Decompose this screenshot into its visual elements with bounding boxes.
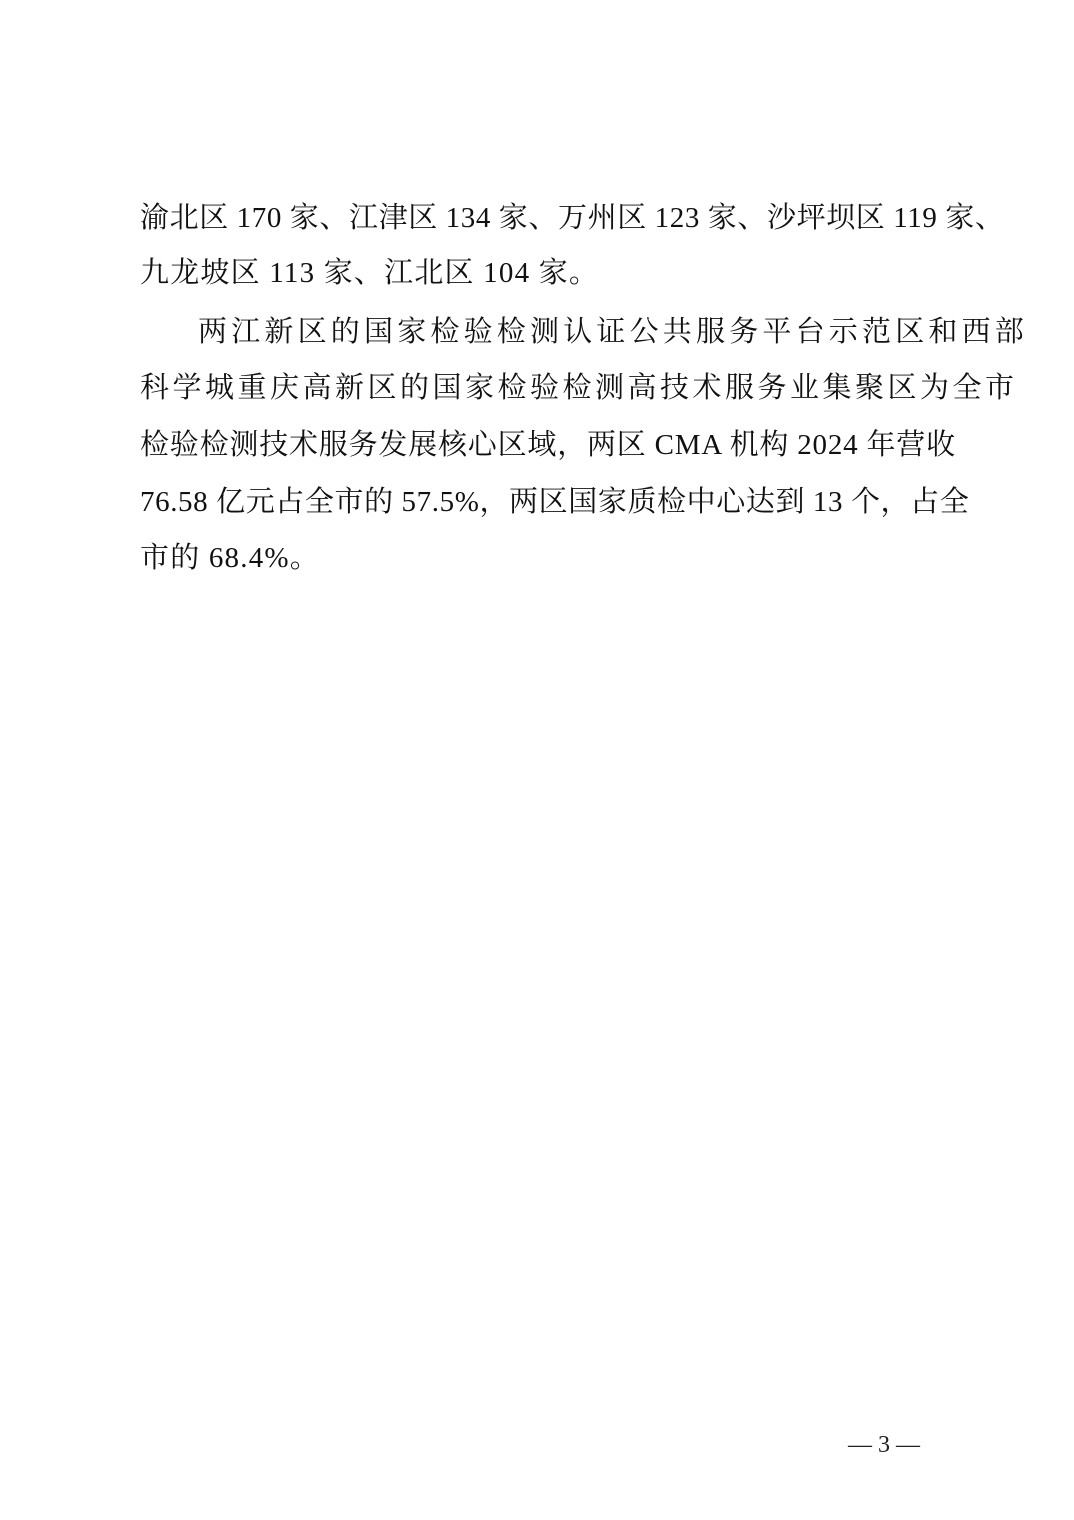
document-page: 渝北区 170 家、江津区 134 家、万州区 123 家、沙坪坝区 119 家… xyxy=(0,0,1074,1520)
paragraph-1-line-2: 九龙坡区 113 家、江北区 104 家。 xyxy=(140,253,940,293)
paragraph-2-line-5: 市的 68.4%。 xyxy=(140,538,940,578)
paragraph-2-line-2: 科学城重庆高新区的国家检验检测高技术服务业集聚区为全市 xyxy=(140,368,940,408)
paragraph-2-line-1: 两江新区的国家检验检测认证公共服务平台示范区和西部 xyxy=(198,312,938,352)
paragraph-1-line-1: 渝北区 170 家、江津区 134 家、万州区 123 家、沙坪坝区 119 家… xyxy=(140,198,940,238)
paragraph-2-line-4: 76.58 亿元占全市的 57.5%，两区国家质检中心达到 13 个，占全 xyxy=(140,482,940,522)
page-number: — 3 — xyxy=(848,1430,920,1460)
paragraph-2-line-3: 检验检测技术服务发展核心区域，两区 CMA 机构 2024 年营收 xyxy=(140,425,940,465)
